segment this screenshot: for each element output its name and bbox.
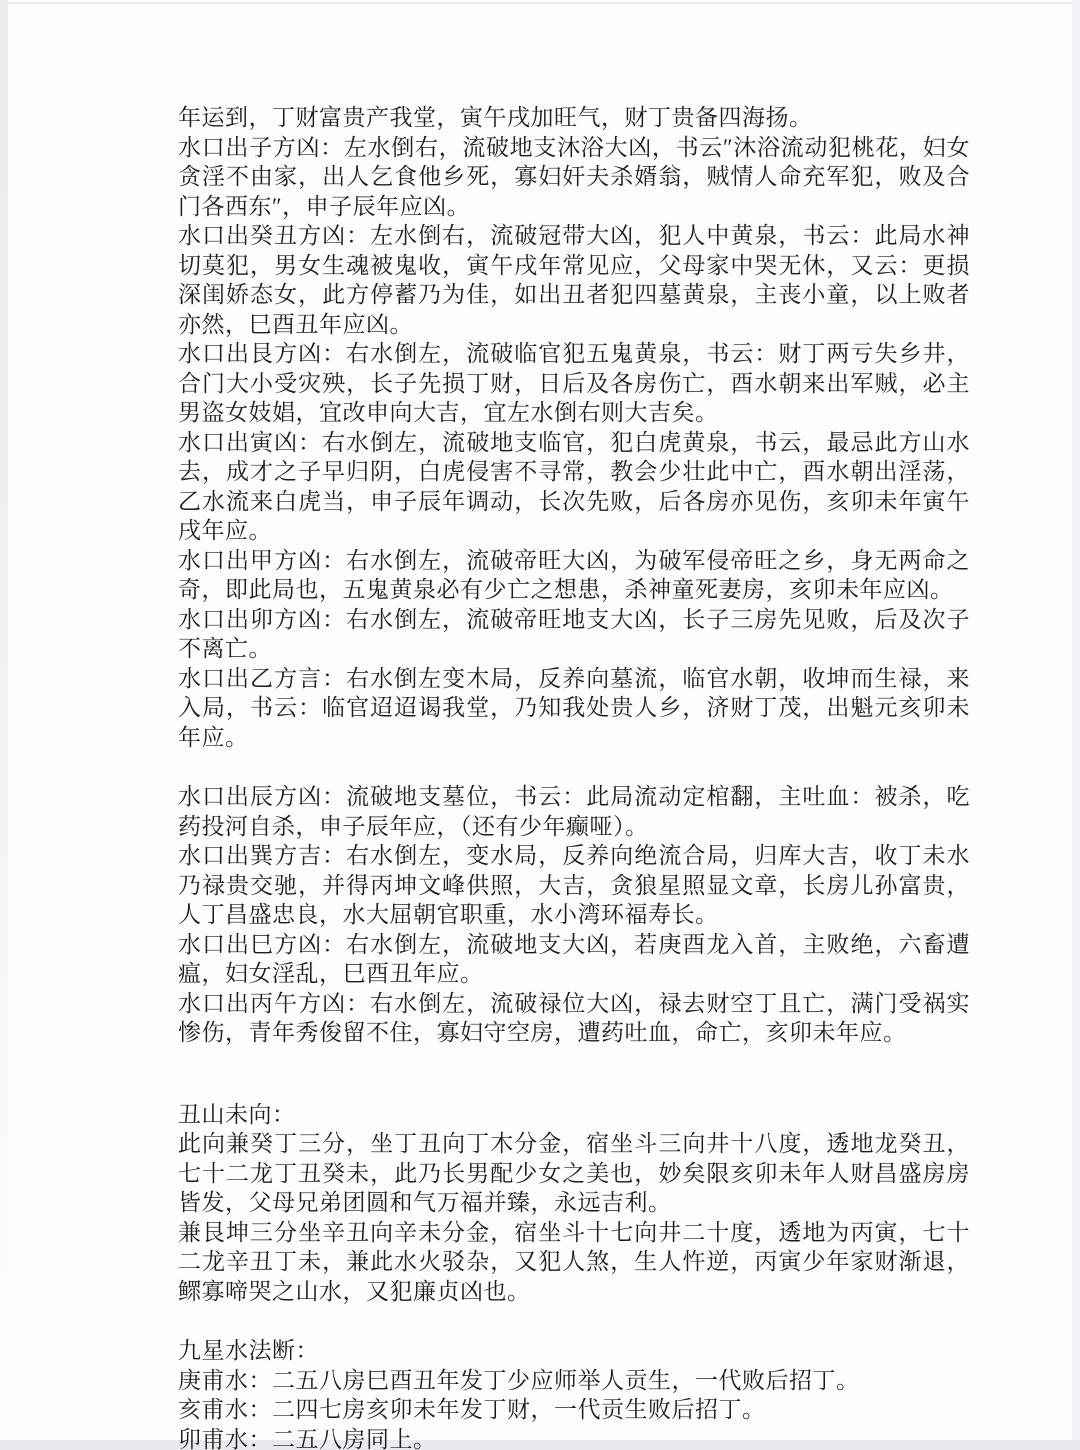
paragraph-shuikou-bingwu: 水口出丙午方凶：右水倒左，流破禄位大凶，禄去财空丁且亡，满门受祸实惨伤，青年秀俊… [178, 989, 970, 1048]
paragraph-shuikou-guichou: 水口出癸丑方凶：左水倒右，流破冠带大凶，犯人中黄泉，书云：此局水神切莫犯，男女生… [178, 221, 970, 339]
paragraph-shuikou-mao: 水口出卯方凶：右水倒左，流破帝旺地支大凶，长子三房先见败，后及次子不离亡。 [178, 605, 970, 664]
paragraph-shuikou-chen: 水口出辰方凶：流破地支墓位，书云：此局流动定棺翻，主吐血：被杀，吃药投河自杀，申… [178, 782, 970, 841]
paragraph-jiuxing-mao: 卯甫水：二五八房同上。 [178, 1425, 970, 1450]
paragraph-jiuxing-geng: 庚甫水：二五八房巳酉丑年发丁少应师举人贡生，一代败后招丁。 [178, 1366, 970, 1396]
paragraph-choushan-1: 此向兼癸丁三分，坐丁丑向丁木分金，宿坐斗三向井十八度，透地龙癸丑，七十二龙丁丑癸… [178, 1129, 970, 1218]
paragraph-shuikou-gen: 水口出艮方凶：右水倒左，流破临官犯五鬼黄泉，书云：财丁两亏失乡井，合门大小受灾殃… [178, 339, 970, 428]
paragraph-shuikou-jia: 水口出甲方凶：右水倒左，流破帝旺大凶，为破军侵帝旺之乡，身无两命之奇，即此局也，… [178, 546, 970, 605]
page-edge-left [0, 0, 8, 1450]
paragraph-shuikou-si: 水口出巳方凶：右水倒左，流破地支大凶，若庚酉龙入首，主败绝，六畜遭瘟，妇女淫乱，… [178, 930, 970, 989]
paragraph-shuikou-zi: 水口出子方凶：左水倒右，流破地支沐浴大凶，书云″沐浴流动犯桃花，妇女贪淫不由家，… [178, 133, 970, 222]
document-page: 年运到，丁财富贵产我堂，寅午戌加旺气，财丁贵备四海扬。 水口出子方凶：左水倒右，… [0, 0, 1080, 1450]
paragraph-jiuxing-hai: 亥甫水：二四七房亥卯未年发丁财，一代贡生败后招丁。 [178, 1395, 970, 1425]
section-heading-jiuxing: 九星水法断： [178, 1336, 970, 1366]
paragraph-intro: 年运到，丁财富贵产我堂，寅午戌加旺气，财丁贵备四海扬。 [178, 103, 970, 133]
paragraph-shuikou-yin: 水口出寅凶：右水倒左，流破地支临官，犯白虎黄泉，书云，最忌此方山水去，成才之子早… [178, 428, 970, 546]
page-edge-top [8, 2, 1072, 4]
document-content: 年运到，丁财富贵产我堂，寅午戌加旺气，财丁贵备四海扬。 水口出子方凶：左水倒右，… [178, 103, 970, 1450]
section-heading-choushan: 丑山未向： [178, 1100, 970, 1130]
paragraph-choushan-2: 兼艮坤三分坐辛丑向辛未分金，宿坐斗十七向井二十度，透地为丙寅，七十二龙辛丑丁未，… [178, 1218, 970, 1307]
paragraph-shuikou-xun: 水口出巽方吉：右水倒左，变水局，反养向绝流合局，归库大吉，收丁未水乃禄贵交驰，并… [178, 841, 970, 930]
page-edge-right [1072, 0, 1080, 1450]
paragraph-shuikou-yi: 水口出乙方言：右水倒左变木局，反养向墓流，临官水朝，收坤而生禄，来入局，书云：临… [178, 664, 970, 753]
